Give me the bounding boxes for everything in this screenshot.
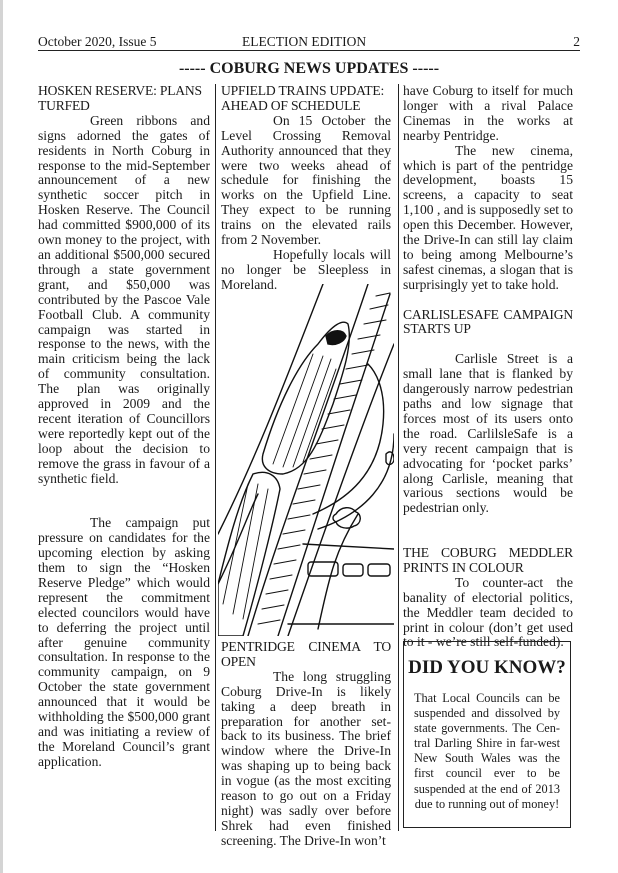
page-number: 2	[573, 34, 580, 50]
column-2: UPFIELD TRAINS UPDATE: AHEAD OF SCHEDULE…	[221, 84, 391, 293]
article-paragraph: The new cinema, which is part of the pen…	[403, 144, 573, 293]
column-1: HOSKEN RESERVE: PLANS TURFED Green ribbo…	[38, 84, 210, 770]
page-edge	[0, 0, 3, 873]
column-2-lower: PENTRIDGE CINEMA TO OPEN The long strugg…	[221, 640, 391, 849]
did-you-know-title: DID YOU KNOW?	[404, 656, 570, 680]
column-divider	[215, 84, 216, 831]
issue-date: October 2020, Issue 5	[38, 34, 156, 50]
article-headline-carlislesafe: CARLISLESAFE CAMPAIGN STARTS UP	[403, 308, 573, 338]
did-you-know-box: DID YOU KNOW? That Local Councils can be…	[403, 641, 571, 828]
article-paragraph: Carlisle Street is a small lane that is …	[403, 352, 573, 516]
article-paragraph: The long struggling Co­burg Drive-In is …	[221, 670, 391, 849]
article-paragraph: The campaign put pres­sure on candidates…	[38, 516, 210, 769]
did-you-know-body: That Local Councils can be suspended and…	[414, 691, 560, 812]
article-headline-upfield: UPFIELD TRAINS UPDATE: AHEAD OF SCHEDULE	[221, 84, 391, 114]
article-paragraph: Green ribbons and signs adorned the gate…	[38, 114, 210, 487]
edition-label: ELECTION EDITION	[242, 34, 366, 50]
article-headline-pentridge: PENTRIDGE CINEMA TO OPEN	[221, 640, 391, 670]
article-paragraph: On 15 October the Lev­el Crossing Remova…	[221, 114, 391, 248]
train-tracks-illustration	[218, 284, 394, 636]
article-paragraph: have Coburg to itself for much longer wi…	[403, 84, 573, 144]
column-divider	[398, 84, 399, 831]
section-title: ----- COBURG NEWS UPDATES -----	[0, 59, 618, 79]
page-header: October 2020, Issue 5 ELECTION EDITION 2	[38, 34, 580, 51]
article-headline-meddler: THE COBURG MEDDLER PRINTS IN COLOUR	[403, 546, 573, 576]
article-paragraph: To counter-act the ba­nality of electori…	[403, 576, 573, 651]
article-headline-hosken: HOSKEN RESERVE: PLANS TURFED	[38, 84, 210, 114]
column-3: have Coburg to itself for much longer wi…	[403, 84, 573, 650]
